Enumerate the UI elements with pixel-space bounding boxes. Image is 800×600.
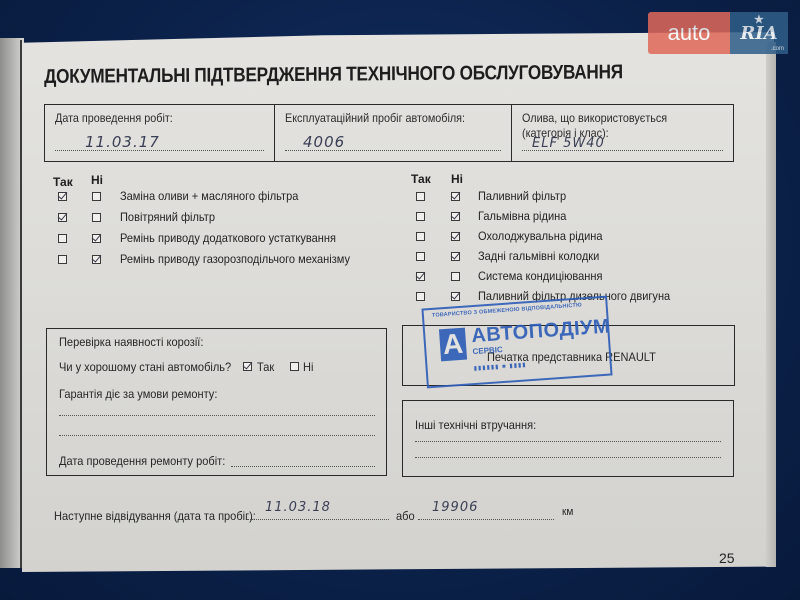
checklist-item-label: Ремінь приводу газорозподільчого механіз… bbox=[120, 252, 350, 266]
yes-checkbox[interactable] bbox=[416, 232, 425, 241]
or-label: або bbox=[396, 509, 415, 523]
yes-checkbox[interactable] bbox=[416, 292, 425, 301]
autoria-watermark: auto ★ RIA .com bbox=[648, 12, 788, 54]
condition-no-checkbox[interactable] bbox=[290, 362, 299, 371]
no-column-header: Ні bbox=[91, 173, 103, 187]
no-checkbox[interactable] bbox=[451, 192, 460, 201]
no-checkbox[interactable] bbox=[451, 252, 460, 261]
no-column-header-right: Ні bbox=[451, 172, 463, 186]
checklist-item-label: Заміна оливи + масляного фільтра bbox=[120, 189, 298, 203]
no-checkbox[interactable] bbox=[451, 232, 460, 241]
yes-column-header: Так bbox=[53, 175, 73, 189]
warranty-line-1[interactable] bbox=[59, 415, 375, 416]
service-header-box: Дата проведення робіт: 11.03.17 Експлуат… bbox=[44, 104, 734, 162]
other-line-2[interactable] bbox=[415, 457, 721, 458]
stamp-logo-icon: A bbox=[439, 328, 467, 362]
yes-column-header-right: Так bbox=[411, 172, 431, 186]
km-unit: км bbox=[562, 506, 573, 518]
no-checkbox[interactable] bbox=[92, 234, 101, 243]
page-title: ДОКУМЕНТАЛЬНІ ПІДТВЕРДЖЕННЯ ТЕХНІЧНОГО О… bbox=[44, 61, 623, 89]
work-date-value: 11.03.17 bbox=[85, 133, 160, 151]
condition-yes-checkbox[interactable] bbox=[243, 362, 252, 371]
checklist-item-label: Паливний фільтр bbox=[478, 189, 566, 203]
no-checkbox[interactable] bbox=[451, 292, 460, 301]
star-icon: ★ bbox=[754, 13, 764, 26]
next-visit-mileage: 19906 bbox=[432, 500, 478, 515]
no-checkbox[interactable] bbox=[451, 212, 460, 221]
warranty-label: Гарантія діє за умови ремонту: bbox=[59, 387, 217, 401]
repair-date-line[interactable] bbox=[231, 466, 375, 467]
checklist-item-label: Повітряний фільтр bbox=[120, 210, 215, 224]
dotted-line bbox=[522, 150, 723, 151]
work-date-label: Дата проведення робіт: bbox=[55, 111, 243, 126]
condition-yes-label: Так bbox=[257, 360, 274, 374]
yes-checkbox[interactable] bbox=[58, 234, 67, 243]
repair-date-label: Дата проведення ремонту робіт: bbox=[59, 454, 225, 468]
oil-label: Олива, що використовується bbox=[522, 111, 703, 126]
next-visit-date: 11.03.18 bbox=[265, 500, 331, 515]
checklist-item-label: Охолоджувальна рідина bbox=[478, 229, 603, 243]
mileage-value: 4006 bbox=[303, 133, 345, 151]
other-line-1[interactable] bbox=[415, 441, 721, 442]
checklist-item-label: Система кондиціювання bbox=[478, 269, 602, 283]
yes-checkbox[interactable] bbox=[58, 255, 67, 264]
corrosion-box: Перевірка наявності корозії: Чи у хорошо… bbox=[46, 328, 387, 476]
yes-checkbox[interactable] bbox=[58, 192, 67, 201]
watermark-ria: ★ RIA .com bbox=[730, 12, 788, 54]
dotted-line bbox=[285, 150, 501, 151]
yes-checkbox[interactable] bbox=[416, 192, 425, 201]
yes-checkbox[interactable] bbox=[58, 213, 67, 222]
checklist-item-label: Задні гальмівні колодки bbox=[478, 249, 599, 263]
other-interventions-label: Інші технічні втручання: bbox=[415, 418, 536, 432]
stamp-subtitle: СЕРВІС bbox=[472, 345, 503, 356]
no-checkbox[interactable] bbox=[451, 272, 460, 281]
checklist-item-label: Гальмівна рідина bbox=[478, 209, 566, 223]
yes-checkbox[interactable] bbox=[416, 212, 425, 221]
oil-field[interactable]: Олива, що використовується (категорія і … bbox=[512, 105, 733, 161]
booklet-spine bbox=[20, 40, 22, 568]
yes-checkbox[interactable] bbox=[416, 272, 425, 281]
corrosion-title: Перевірка наявності корозії: bbox=[59, 335, 203, 349]
next-visit-date-line[interactable] bbox=[247, 519, 389, 520]
condition-question: Чи у хорошому стані автомобіль? bbox=[59, 360, 231, 374]
next-visit-label: Наступне відвідування (дата та пробіг): bbox=[54, 509, 256, 523]
watermark-com: .com bbox=[771, 46, 784, 52]
work-date-field[interactable]: Дата проведення робіт: 11.03.17 bbox=[45, 105, 275, 161]
no-checkbox[interactable] bbox=[92, 192, 101, 201]
mileage-label: Експлуатаційний пробіг автомобіля: bbox=[285, 111, 479, 126]
next-visit-mileage-line[interactable] bbox=[418, 519, 554, 520]
dotted-line bbox=[55, 150, 264, 151]
watermark-auto: auto bbox=[648, 12, 730, 54]
condition-no-label: Ні bbox=[303, 360, 313, 374]
stamp-name: АВТОПОДІУМ bbox=[471, 315, 611, 348]
no-checkbox[interactable] bbox=[92, 255, 101, 264]
yes-checkbox[interactable] bbox=[416, 252, 425, 261]
mileage-field[interactable]: Експлуатаційний пробіг автомобіля: 4006 bbox=[275, 105, 512, 161]
no-checkbox[interactable] bbox=[92, 213, 101, 222]
oil-value: ELF 5W40 bbox=[532, 136, 605, 151]
dealer-stamp: ТОВАРИСТВО З ОБМЕЖЕНОЮ ВІДПОВІДАЛЬНІСТЮ … bbox=[421, 296, 612, 389]
page-edge bbox=[766, 42, 776, 567]
checklist-item-label: Ремінь приводу додаткового устаткування bbox=[120, 231, 336, 245]
stamp-code: ▮▮▮▮▮▮ ■ ▮▮▮▮ bbox=[474, 361, 527, 372]
other-interventions-box: Інші технічні втручання: bbox=[402, 400, 734, 477]
page-number: 25 bbox=[719, 550, 735, 566]
warranty-line-2[interactable] bbox=[59, 435, 375, 436]
